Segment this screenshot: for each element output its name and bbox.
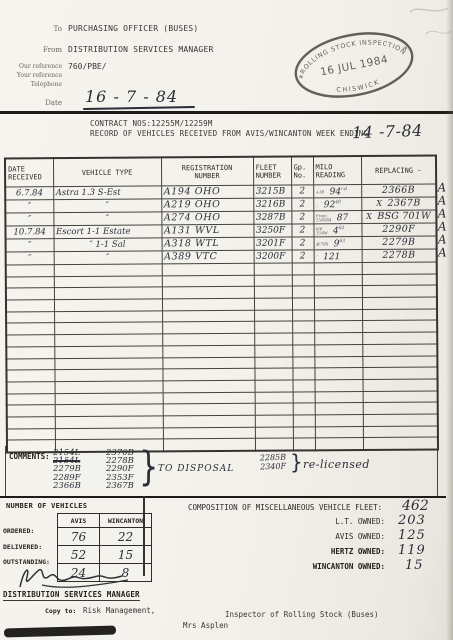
milo-note-suf: 63	[339, 239, 345, 244]
page-edge-shadow	[446, 0, 453, 640]
empty-cell	[162, 345, 254, 357]
empty-cell	[314, 286, 362, 298]
cell-milo: +38 94r.d	[313, 185, 361, 198]
empty-cell	[55, 416, 163, 428]
empty-cell	[363, 414, 438, 426]
cell-type: Escort 1-1 Estate	[53, 225, 161, 239]
relicensed-label: re-licensed	[303, 458, 370, 471]
cell-milo: ″ 121	[314, 250, 362, 263]
empty-cell	[54, 357, 162, 369]
copy-to-value: Risk Management,	[83, 606, 155, 615]
empty-cell	[54, 287, 162, 299]
cell-type: Astra 1.3 S-Est	[53, 186, 161, 200]
empty-cell	[163, 380, 255, 392]
milo-note-pre: ..	[316, 203, 319, 207]
stamp-date-text: 16 JUL 1984	[319, 54, 389, 79]
replacing-value: BSG 701W	[377, 211, 431, 222]
empty-cell	[314, 263, 362, 275]
cell-date: ″	[5, 200, 53, 213]
cell-gp: 2	[291, 198, 313, 211]
empty-cell	[6, 370, 54, 382]
rolling-stock-inspection-stamp: ROLLING STOCK INSPECTION CHISWICK 16 JUL…	[288, 28, 420, 102]
empty-cell	[315, 379, 363, 391]
empty-cell	[362, 355, 437, 367]
replacing-value: 2367B	[387, 198, 420, 209]
delivered-avis: 52	[58, 546, 100, 564]
empty-cell	[293, 391, 315, 403]
inspector-title-line: Inspector of Rolling Stock (Buses)	[225, 610, 379, 619]
empty-cell	[162, 263, 254, 275]
empty-cell	[314, 274, 362, 286]
cell-fleet: 3201F	[254, 237, 292, 250]
relicensed-brace: }	[290, 452, 303, 472]
empty-cell	[292, 286, 314, 298]
empty-cell	[55, 428, 163, 440]
composition-total: 462	[402, 498, 429, 514]
our-reference-label: Our reference	[0, 63, 62, 70]
cell-date: ″	[6, 239, 54, 252]
milo-value: 87	[337, 213, 349, 223]
empty-cell	[315, 414, 363, 426]
empty-cell	[362, 274, 437, 286]
empty-cell	[362, 297, 437, 309]
empty-cell	[362, 367, 437, 379]
cell-gp: 2	[291, 185, 313, 198]
empty-cell	[254, 333, 292, 345]
milo-value: 94	[330, 187, 342, 197]
distribution-services-manager-title: DISTRIBUTION SERVICES MANAGER	[3, 590, 140, 601]
header-divider-rule	[0, 111, 453, 114]
relicensed-list: 2285B 2340F	[260, 454, 287, 472]
cell-type: ″	[54, 251, 162, 265]
empty-cell	[7, 417, 55, 429]
to-value: PURCHASING OFFICER (BUSES)	[68, 24, 198, 33]
empty-cell	[292, 368, 314, 380]
empty-cell	[292, 263, 314, 275]
empty-cell	[6, 311, 54, 323]
avis-owned-value: 125	[398, 528, 426, 543]
replacing-value: 2279B	[382, 237, 415, 248]
wincanton-owned-label: WINCANTON OWNED:	[188, 562, 385, 571]
vehicles-received-table: DATE RECEIVED VEHICLE TYPE REGISTRATION …	[4, 154, 439, 453]
empty-cell	[163, 427, 255, 439]
col-header-milo-reading: MILO READING	[313, 156, 361, 185]
comments-column-1: 2154L 2154L 2279B 2289F 2366B	[53, 449, 81, 490]
empty-cell	[6, 288, 54, 300]
cell-milo: .. 9240	[313, 198, 361, 211]
col-header-replacing: REPLACING -	[361, 155, 436, 184]
empty-cell	[162, 310, 254, 322]
contract-numbers-line: CONTRACT NOS:12255M/12259M	[90, 119, 213, 128]
cell-reg: A318 WTL	[162, 237, 254, 251]
copy-to-label: Copy to:	[45, 607, 76, 615]
date-underline-stroke	[83, 106, 195, 110]
number-of-vehicles-title: NUMBER OF VEHICLES	[6, 502, 87, 510]
empty-cell	[163, 415, 255, 427]
empty-cell	[293, 426, 315, 438]
col-header-registration-number: REGISTRATION NUMBER	[161, 157, 253, 186]
cell-gp: 2	[291, 224, 313, 237]
empty-cell	[314, 356, 362, 368]
empty-cell	[54, 276, 162, 288]
empty-cell	[314, 298, 362, 310]
empty-cell	[314, 321, 362, 333]
wincanton-col-header: WINCANTON	[100, 514, 152, 528]
avis-col-header: AVIS	[58, 514, 100, 528]
empty-cell	[292, 321, 314, 333]
empty-cell	[55, 381, 163, 393]
replacing-suffix-a: A	[437, 182, 446, 192]
scanned-memo-page: To From Our reference Your reference Tel…	[0, 0, 453, 640]
empty-cell	[162, 275, 254, 287]
empty-cell	[314, 309, 362, 321]
cell-date: 6.7.84	[5, 187, 53, 200]
milo-note-suf: r.d	[341, 187, 347, 192]
empty-cell	[254, 275, 292, 287]
empty-cell	[6, 276, 54, 288]
cell-reg: A194 OHO	[161, 185, 253, 199]
ordered-wincanton: 22	[100, 528, 152, 546]
empty-cell	[363, 379, 438, 391]
cell-fleet: 3216B	[253, 198, 291, 211]
empty-cell	[162, 333, 254, 345]
comments-label: COMMENTS:	[9, 452, 50, 461]
replacing-value: 2290F	[382, 224, 415, 235]
empty-cell	[54, 369, 162, 381]
cell-type: ″	[53, 199, 161, 213]
milo-note-pre: +38	[316, 190, 324, 194]
cell-replacing: 2290FA	[361, 223, 436, 237]
to-label: To	[0, 25, 62, 33]
empty-cell	[6, 358, 54, 370]
milo-note-pre: ″	[316, 255, 318, 259]
cell-replacing: X BSG 701WA	[361, 210, 436, 224]
avis-owned-label: AVIS OWNED:	[188, 532, 385, 541]
date-label: Date	[0, 99, 62, 107]
replacing-mark: X	[376, 199, 382, 208]
milo-note-suf: 40	[335, 200, 341, 205]
vehicles-table-wrap: DATE RECEIVED VEHICLE TYPE REGISTRATION …	[5, 156, 438, 452]
empty-cell	[254, 263, 292, 275]
disposal-brace: }	[139, 447, 158, 487]
empty-cell	[293, 403, 315, 415]
hertz-owned-label: HERTZ OWNED:	[188, 547, 385, 556]
composition-title: COMPOSITION OF MISCELLANEOUS VEHICLE FLE…	[188, 503, 382, 512]
col-header-vehicle-type: VEHICLE TYPE	[53, 157, 161, 186]
bottom-smudge	[4, 626, 116, 638]
empty-cell	[362, 332, 437, 344]
disposal-label: TO DISPOSAL	[158, 464, 234, 474]
record-title-line: RECORD OF VEHICLES RECEIVED FROM AVIS/WI…	[90, 129, 368, 138]
table-header-row: DATE RECEIVED VEHICLE TYPE REGISTRATION …	[5, 155, 436, 187]
empty-cell	[254, 286, 292, 298]
svg-text:CHISWICK: CHISWICK	[335, 77, 382, 96]
cell-gp: 2	[292, 237, 314, 250]
empty-cell	[254, 310, 292, 322]
empty-cell	[292, 333, 314, 345]
empty-cell	[162, 298, 254, 310]
memo-date-handwritten: 16 - 7 - 84	[85, 87, 178, 106]
empty-cell	[255, 392, 293, 404]
col-header-fleet-number: FLEET NUMBER	[253, 157, 291, 186]
cell-reg: A389 VTC	[162, 250, 254, 264]
empty-cell	[255, 403, 293, 415]
empty-cell	[6, 265, 54, 277]
empty-cell	[163, 404, 255, 416]
cell-milo: @7(8) 963	[314, 237, 362, 250]
milo-value: 92	[324, 200, 336, 210]
empty-cell	[292, 310, 314, 322]
empty-cell	[362, 262, 437, 274]
summary-row-ordered: 76 22	[58, 528, 152, 546]
comment-item: 2367B	[106, 482, 134, 490]
replacing-suffix-a: A	[438, 195, 447, 205]
cell-replacing: 2279BA	[362, 236, 437, 250]
empty-cell	[363, 402, 438, 414]
comments-column-2: 2370B 2278B 2290F 2353F 2367B	[106, 449, 134, 490]
empty-rows	[6, 262, 438, 453]
cell-fleet: 3200F	[254, 250, 292, 263]
empty-cell	[292, 275, 314, 287]
empty-cell	[54, 334, 162, 346]
cell-replacing: 2278BA	[362, 249, 437, 263]
empty-cell	[362, 309, 437, 321]
empty-cell	[292, 356, 314, 368]
comment-item: 2340F	[260, 462, 287, 471]
empty-cell	[362, 320, 437, 332]
empty-cell	[6, 323, 54, 335]
cell-fleet: 3287B	[253, 211, 291, 224]
replacing-mark: X	[366, 212, 372, 221]
telephone-label: Telephone	[0, 81, 62, 88]
from-value: DISTRIBUTION SERVICES MANAGER	[68, 45, 213, 54]
milo-value: 121	[323, 252, 340, 262]
cell-reg: A274 OHO	[161, 211, 253, 225]
empty-cell	[315, 426, 363, 438]
empty-cell	[255, 427, 293, 439]
empty-cell	[7, 393, 55, 405]
empty-cell	[293, 415, 315, 427]
bottom-section-rule	[0, 496, 446, 498]
empty-cell	[315, 403, 363, 415]
empty-cell	[6, 300, 54, 312]
wincanton-owned-value: 15	[405, 558, 424, 573]
empty-cell	[363, 391, 438, 403]
comment-item: 2366B	[53, 482, 81, 490]
empty-cell	[292, 298, 314, 310]
milo-note-pre: 6/6 15/6d	[316, 227, 328, 235]
empty-cell	[315, 391, 363, 403]
summary-header-row: AVIS WINCANTON	[58, 514, 152, 528]
hertz-owned-value: 119	[398, 543, 426, 558]
empty-cell	[362, 285, 437, 297]
empty-cell	[54, 346, 162, 358]
empty-cell	[255, 415, 293, 427]
empty-cell	[163, 392, 255, 404]
summary-row-delivered: 52 15	[58, 546, 152, 564]
cell-replacing: 2366BA	[361, 184, 436, 198]
empty-cell	[7, 405, 55, 417]
empty-cell	[55, 404, 163, 416]
empty-cell	[7, 382, 55, 394]
empty-cell	[162, 287, 254, 299]
empty-cell	[162, 322, 254, 334]
milo-note-pre: @7(8)	[316, 242, 328, 246]
cell-fleet: 3250F	[253, 224, 291, 237]
cell-date: ″	[6, 252, 54, 265]
col-header-gp-no: Gp. No.	[291, 156, 313, 185]
ordered-label: ORDERED:	[3, 527, 34, 535]
empty-cell	[54, 264, 162, 276]
inspector-name: Mrs Asplen	[183, 621, 228, 630]
empty-cell	[254, 357, 292, 369]
your-reference-label: Your reference	[0, 72, 62, 79]
cell-milo: From 15/6/84 87	[313, 211, 361, 224]
cell-date: ″	[5, 213, 53, 226]
cell-date: 10.7.84	[5, 226, 53, 239]
cell-type: ″	[53, 212, 161, 226]
empty-cell	[254, 298, 292, 310]
empty-cell	[54, 322, 162, 334]
milo-note-pre: From 15/6/84	[316, 214, 331, 222]
empty-cell	[162, 368, 254, 380]
cell-type: ″ 1-1 Sal	[54, 238, 162, 252]
signature-scrawl	[12, 563, 137, 593]
from-label: From	[0, 46, 62, 54]
delivered-wincanton: 15	[100, 546, 152, 564]
stamp-star-left: *	[298, 74, 305, 85]
empty-cell	[314, 344, 362, 356]
empty-cell	[362, 344, 437, 356]
empty-cell	[363, 426, 438, 438]
col-header-date-received: DATE RECEIVED	[5, 158, 53, 187]
empty-cell	[292, 345, 314, 357]
empty-cell	[254, 345, 292, 357]
replacing-value: 2278B	[382, 250, 415, 261]
ordered-avis: 76	[58, 528, 100, 546]
cell-milo: 6/6 15/6d 462	[313, 224, 361, 237]
cell-replacing: X 2367BA	[361, 197, 436, 211]
empty-cell	[162, 357, 254, 369]
lt-owned-value: 203	[398, 513, 426, 528]
milo-note-suf: 62	[339, 226, 345, 231]
cell-reg: A219 OHO	[161, 198, 253, 212]
lt-owned-label: L.T. OWNED:	[188, 517, 385, 526]
empty-cell	[6, 335, 54, 347]
cell-reg: A131 WVL	[161, 224, 253, 238]
empty-cell	[7, 428, 55, 440]
empty-cell	[255, 380, 293, 392]
empty-cell	[54, 299, 162, 311]
empty-cell	[55, 392, 163, 404]
empty-cell	[54, 311, 162, 323]
stamp-arc-bottom-text: CHISWICK	[335, 77, 382, 96]
filled-rows: 6.7.84 Astra 1.3 S-Est A194 OHO 3215B 2 …	[5, 184, 437, 265]
our-reference-value: 760/PBE/	[68, 62, 107, 71]
empty-cell	[314, 368, 362, 380]
empty-cell	[293, 380, 315, 392]
cell-fleet: 3215B	[253, 185, 291, 198]
empty-cell	[6, 346, 54, 358]
cell-gp: 2	[292, 250, 314, 263]
delivered-label: DELIVERED:	[3, 543, 42, 551]
empty-cell	[254, 321, 292, 333]
week-ending-handwritten: 14 -7-84	[352, 121, 423, 142]
empty-cell	[254, 368, 292, 380]
empty-cell	[314, 333, 362, 345]
replacing-value: 2366B	[382, 185, 415, 196]
comments-section: COMMENTS: 2154L 2154L 2279B 2289F 2366B …	[5, 446, 438, 496]
cell-gp: 2	[291, 211, 313, 224]
